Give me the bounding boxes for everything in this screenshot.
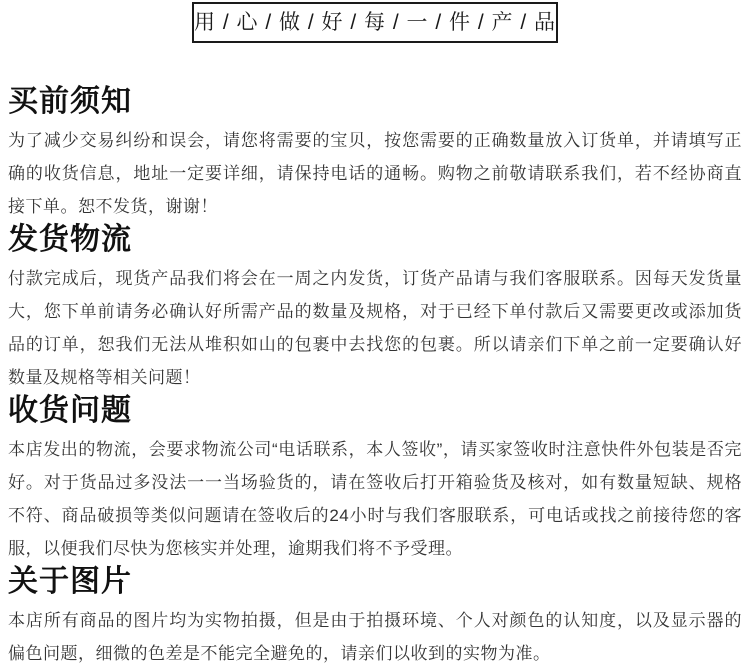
- section-about-images: 关于图片 本店所有商品的图片均为实物拍摄，但是由于拍摄环境、个人对颜色的认知度，…: [8, 565, 742, 670]
- section-body-about-images: 本店所有商品的图片均为实物拍摄，但是由于拍摄环境、个人对颜色的认知度，以及显示器…: [8, 604, 742, 670]
- notice-content: 买前须知 为了减少交易纠纷和误会，请您将需要的宝贝，按您需要的正确数量放入订货单…: [0, 85, 750, 670]
- section-title-shipping-logistics: 发货物流: [8, 223, 742, 257]
- section-body-buy-notice: 为了减少交易纠纷和误会，请您将需要的宝贝，按您需要的正确数量放入订货单，并请填写…: [8, 124, 742, 223]
- product-description-page: 用 / 心 / 做 / 好 / 每 / 一 / 件 / 产 / 品 买前须知 为…: [0, 2, 750, 672]
- section-title-buy-notice: 买前须知: [8, 85, 742, 119]
- section-buy-notice: 买前须知 为了减少交易纠纷和误会，请您将需要的宝贝，按您需要的正确数量放入订货单…: [8, 85, 742, 223]
- slogan-text: 用 / 心 / 做 / 好 / 每 / 一 / 件 / 产 / 品: [194, 5, 556, 40]
- section-title-about-images: 关于图片: [8, 565, 742, 599]
- slogan-banner: 用 / 心 / 做 / 好 / 每 / 一 / 件 / 产 / 品: [192, 2, 558, 43]
- section-body-receiving-issues: 本店发出的物流，会要求物流公司“电话联系，本人签收”，请买家签收时注意快件外包装…: [8, 433, 742, 565]
- section-receiving-issues: 收货问题 本店发出的物流，会要求物流公司“电话联系，本人签收”，请买家签收时注意…: [8, 394, 742, 565]
- section-body-shipping-logistics: 付款完成后，现货产品我们将会在一周之内发货，订货产品请与我们客服联系。因每天发货…: [8, 262, 742, 394]
- section-title-receiving-issues: 收货问题: [8, 394, 742, 428]
- section-shipping-logistics: 发货物流 付款完成后，现货产品我们将会在一周之内发货，订货产品请与我们客服联系。…: [8, 223, 742, 394]
